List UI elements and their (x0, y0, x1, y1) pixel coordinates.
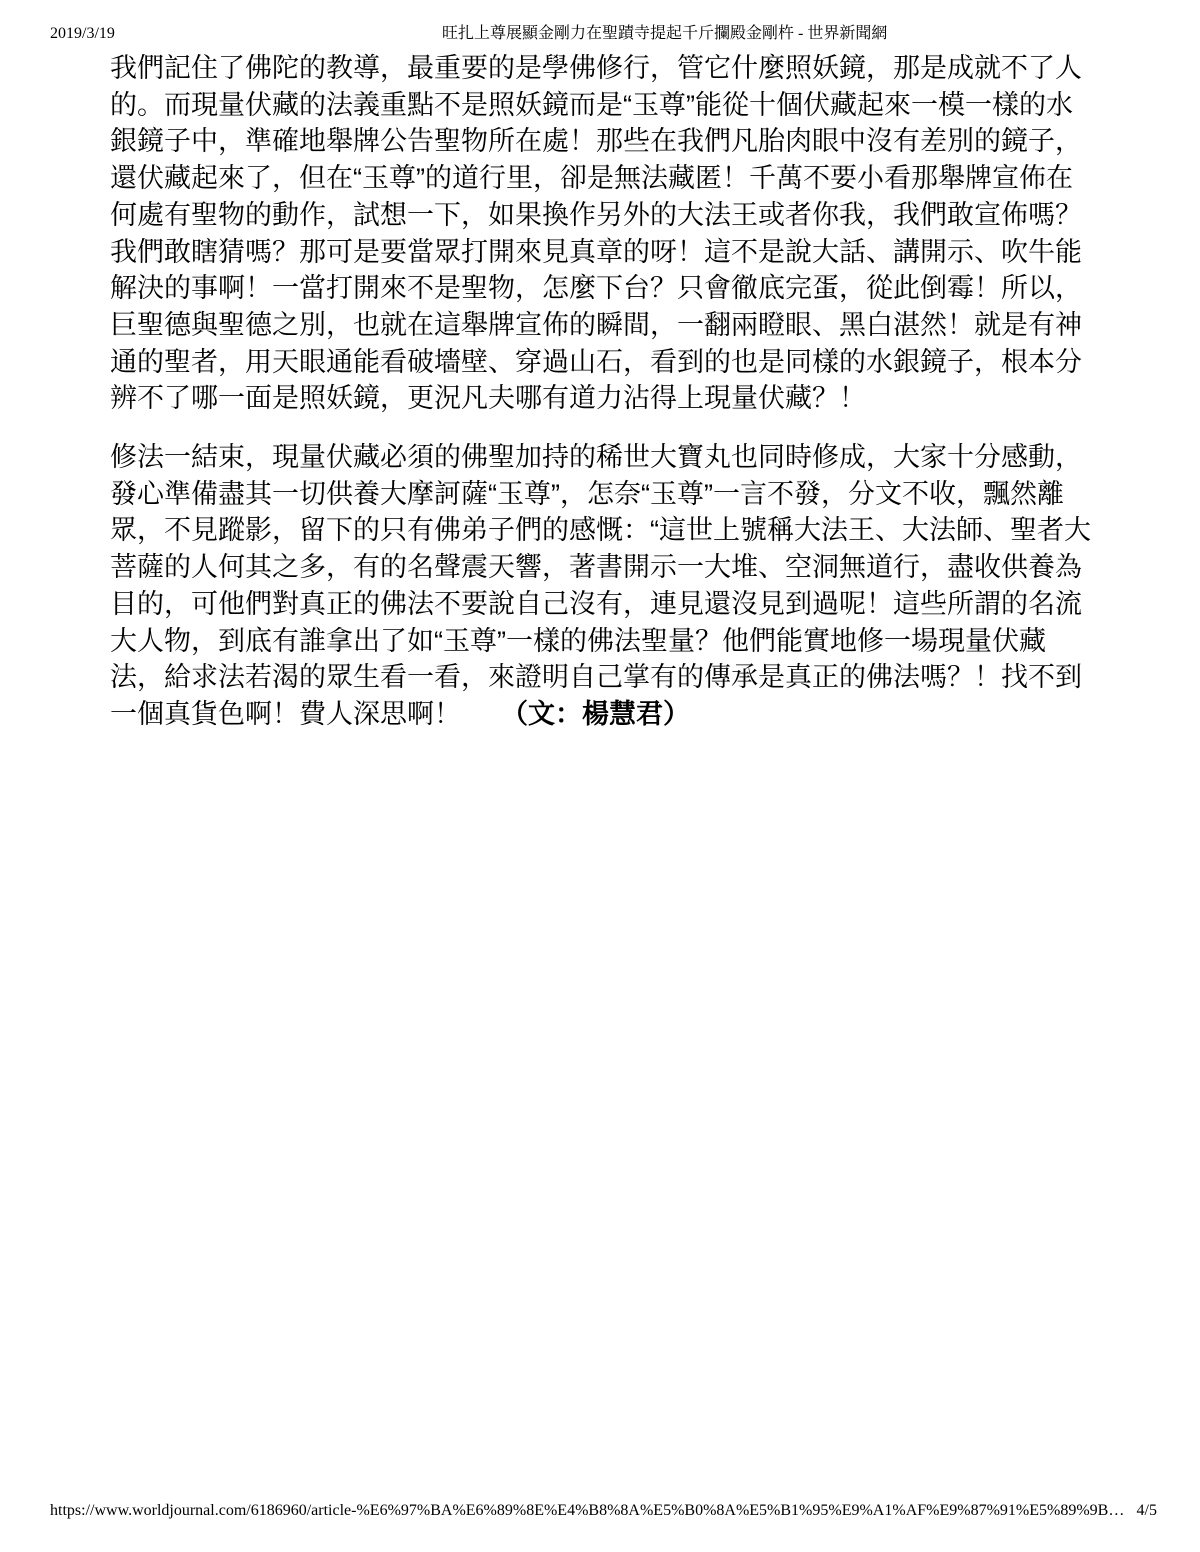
print-header: 2019/3/19 旺扎上尊展顯金剛力在聖蹟寺提起千斤攔殿金剛杵 - 世界新聞網 (0, 24, 1200, 48)
text-line: 解決的事啊！一當打開來不是聖物，怎麼下台？只會徹底完蛋，從此倒霉！所以， (110, 270, 1115, 307)
author-byline: （文：楊慧君） (501, 699, 690, 729)
print-footer: https://www.worldjournal.com/6186960/art… (0, 1501, 1200, 1525)
footer-page-number: 4/5 (1137, 1501, 1157, 1521)
article-body: 我們記住了佛陀的教導，最重要的是學佛修行，管它什麼照妖鏡，那是成就不了人 的。而… (110, 50, 1115, 755)
text-line: 辨不了哪一面是照妖鏡，更況凡夫哪有道力沾得上現量伏藏？！ (110, 380, 1115, 417)
text-line: 大人物，到底有誰拿出了如“玉尊”一樣的佛法聖量？他們能實地修一場現量伏藏 (110, 623, 1115, 660)
text-line-with-byline: 一個真貨色啊！費人深思啊！（文：楊慧君） (110, 696, 1115, 733)
text-line: 巨聖德與聖德之別，也就在這舉牌宣佈的瞬間，一翻兩瞪眼、黑白湛然！就是有神 (110, 307, 1115, 344)
text-line: 何處有聖物的動作，試想一下，如果換作另外的大法王或者你我，我們敢宣佈嗎？ (110, 197, 1115, 234)
text-line: 眾，不見蹤影，留下的只有佛弟子們的感慨：“這世上號稱大法王、大法師、聖者大 (110, 512, 1115, 549)
text-line: 修法一結束，現量伏藏必須的佛聖加持的稀世大寶丸也同時修成，大家十分感動， (110, 439, 1115, 476)
text-line: 的。而現量伏藏的法義重點不是照妖鏡而是“玉尊”能從十個伏藏起來一模一樣的水 (110, 87, 1115, 124)
paragraph-2: 修法一結束，現量伏藏必須的佛聖加持的稀世大寶丸也同時修成，大家十分感動， 發心準… (110, 439, 1115, 733)
text-line: 我們敢瞎猜嗎？那可是要當眾打開來見真章的呀！這不是說大話、講開示、吹牛能 (110, 234, 1115, 271)
text-line: 還伏藏起來了，但在“玉尊”的道行里，卻是無法藏匿！千萬不要小看那舉牌宣佈在 (110, 160, 1115, 197)
header-page-title: 旺扎上尊展顯金剛力在聖蹟寺提起千斤攔殿金剛杵 - 世界新聞網 (442, 24, 887, 44)
text-line: 發心準備盡其一切供養大摩訶薩“玉尊”，怎奈“玉尊”一言不發，分文不收，飄然離 (110, 476, 1115, 513)
text-line: 法，給求法若渴的眾生看一看，來證明自己掌有的傳承是真正的佛法嗎？！找不到 (110, 659, 1115, 696)
paragraph-1: 我們記住了佛陀的教導，最重要的是學佛修行，管它什麼照妖鏡，那是成就不了人 的。而… (110, 50, 1115, 417)
text-line: 銀鏡子中，準確地舉牌公告聖物所在處！那些在我們凡胎肉眼中沒有差別的鏡子， (110, 123, 1115, 160)
text-line: 目的，可他們對真正的佛法不要說自己沒有，連見還沒見到過呢！這些所謂的名流 (110, 586, 1115, 623)
closing-text: 一個真貨色啊！費人深思啊！ (110, 699, 461, 729)
text-line: 通的聖者，用天眼通能看破墻壁、穿過山石，看到的也是同樣的水銀鏡子，根本分 (110, 344, 1115, 381)
text-line: 菩薩的人何其之多，有的名聲震天響，著書開示一大堆、空洞無道行，盡收供養為 (110, 549, 1115, 586)
header-date: 2019/3/19 (50, 24, 115, 44)
footer-url: https://www.worldjournal.com/6186960/art… (50, 1501, 1124, 1521)
print-page: 2019/3/19 旺扎上尊展顯金剛力在聖蹟寺提起千斤攔殿金剛杵 - 世界新聞網… (0, 0, 1200, 1552)
text-line: 我們記住了佛陀的教導，最重要的是學佛修行，管它什麼照妖鏡，那是成就不了人 (110, 50, 1115, 87)
